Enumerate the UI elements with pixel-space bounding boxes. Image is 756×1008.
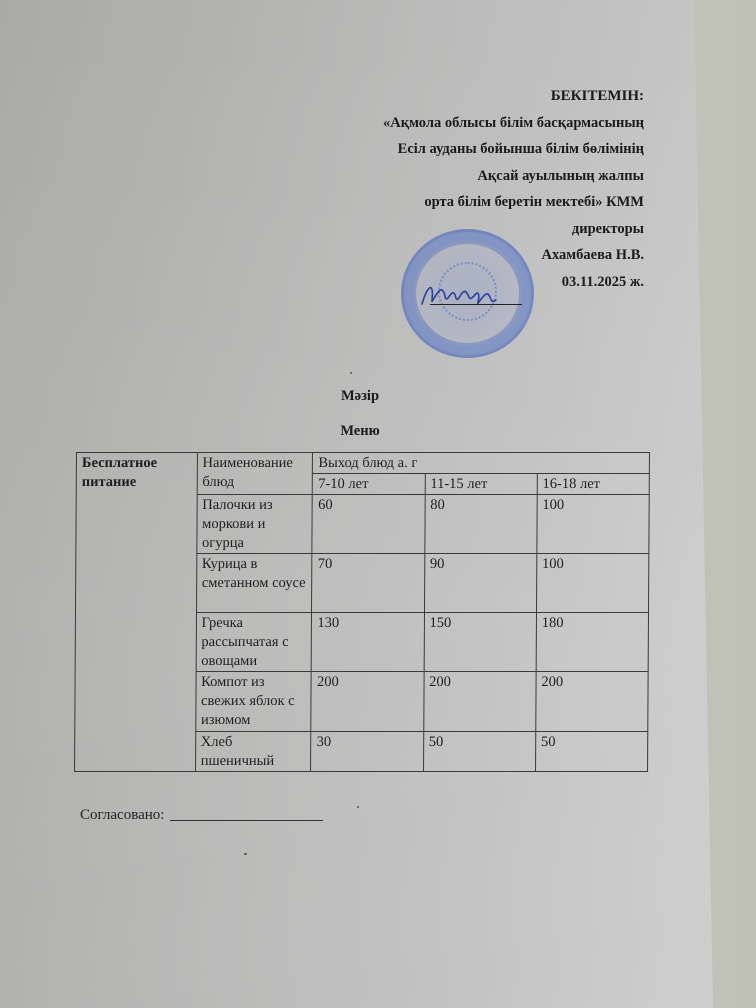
approval-line: Есіл ауданы бойынша білім бөлімінің [284,139,644,166]
portion-value: 50 [535,732,647,772]
paper-speck [244,853,247,855]
menu-table: Бесплатное питание Наименование блюд Вых… [74,452,650,772]
portion-value: 50 [423,732,535,772]
dish-name: Компот из свежих яблок с изюмом [195,672,311,732]
signature-icon [418,280,528,310]
age-group-header: 16-18 лет [537,474,649,495]
agreed-label: Согласовано: [80,807,164,823]
category-cell: Бесплатное питание [75,453,198,772]
portion-value: 100 [537,495,650,554]
portion-value: 150 [424,613,537,672]
dish-name: Гречка рассыпчатая с овощами [196,613,312,672]
dish-header: Наименование блюд [197,453,313,495]
title-kazakh: Мәзір [290,388,430,405]
paper-speck [350,372,352,374]
agreed-block: Согласовано: [80,806,323,824]
portion-value: 200 [311,672,424,732]
portion-value: 200 [423,672,536,732]
output-header: Выход блюд а. г [313,453,650,474]
paper-speck [357,806,359,808]
title-russian: Меню [290,423,430,440]
signature-line [430,304,522,305]
portion-value: 30 [311,732,423,772]
portion-value: 60 [312,495,425,554]
portion-value: 200 [536,672,649,732]
age-group-header: 7-10 лет [313,474,425,495]
portion-value: 70 [312,554,425,613]
portion-value: 100 [536,554,649,613]
portion-value: 180 [536,613,649,672]
age-group-header: 11-15 лет [425,474,537,495]
approval-line: орта білім беретін мектебі» КММ [284,192,644,219]
agreed-signature-line [170,806,323,821]
approval-line: Ақсай ауылының жалпы [284,166,644,193]
dish-name: Хлеб пшеничный [195,732,311,772]
approval-line: «Ақмола облысы білім басқармасының [284,113,644,140]
dish-name: Курица в сметанном соусе [196,554,312,613]
dish-name: Палочки из моркови и огурца [196,495,312,554]
portion-value: 90 [424,554,537,613]
approval-heading: БЕКІТЕМІН: [284,86,644,113]
table-header-row: Бесплатное питание Наименование блюд Вых… [76,453,649,474]
portion-value: 130 [312,613,425,672]
portion-value: 80 [424,495,537,554]
